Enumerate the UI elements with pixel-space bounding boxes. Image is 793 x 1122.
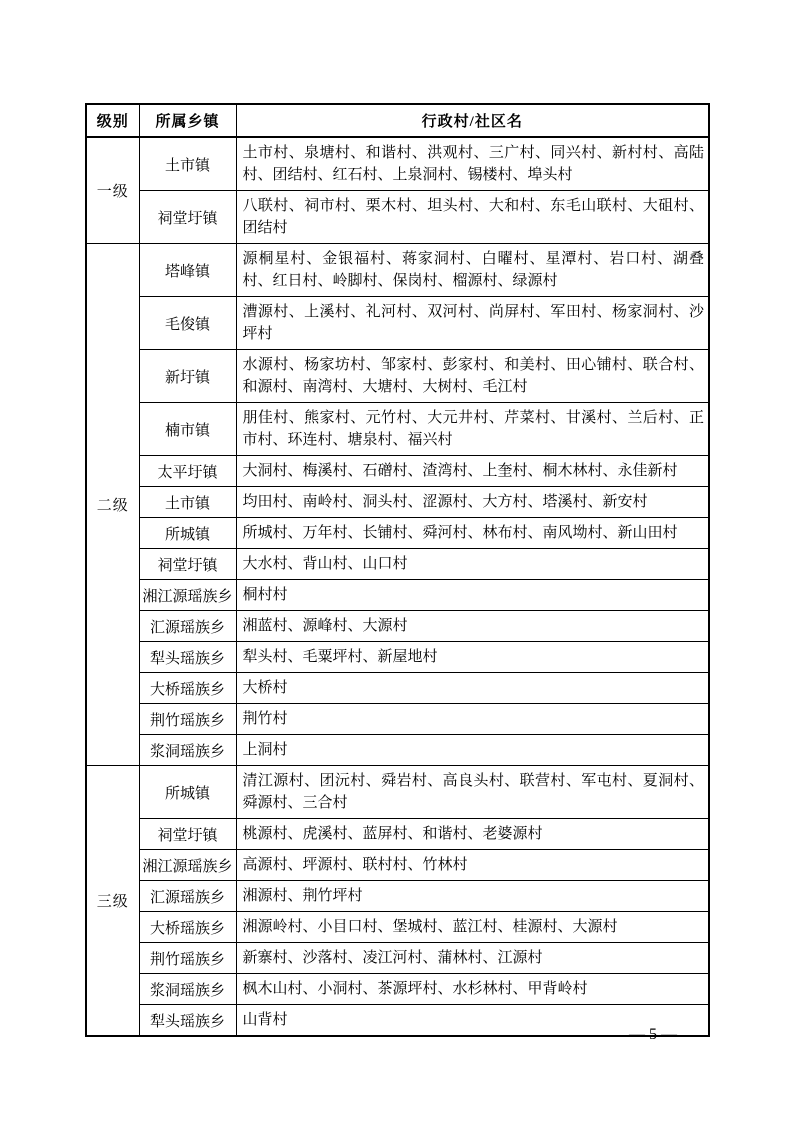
township-cell: 湘江源瑶族乡 <box>139 850 236 881</box>
township-cell: 大桥瑶族乡 <box>139 912 236 943</box>
villages-cell: 土市村、泉塘村、和谐村、洪观村、三广村、同兴村、新村村、高陆村、团结村、红石村、… <box>236 137 709 191</box>
table-row: 荆竹瑶族乡 新寨村、沙落村、凌江河村、蒲林村、江源村 <box>86 943 709 974</box>
table-row: 新圩镇 水源村、杨家坊村、邹家村、彭家村、和美村、田心铺村、联合村、和源村、南湾… <box>86 350 709 403</box>
villages-cell: 清江源村、团沅村、舜岩村、高良头村、联营村、军屯村、夏洞村、舜源村、三合村 <box>236 766 709 819</box>
township-cell: 荆竹瑶族乡 <box>139 943 236 974</box>
village-level-table: 级别 所属乡镇 行政村/社区名 一级 土市镇 土市村、泉塘村、和谐村、洪观村、三… <box>85 103 710 1037</box>
table-row: 土市镇 均田村、南岭村、洞头村、涩源村、大方村、塔溪村、新安村 <box>86 487 709 518</box>
villages-cell: 朋佳村、熊家村、元竹村、大元井村、芹菜村、甘溪村、兰后村、正市村、环连村、塘泉村… <box>236 403 709 456</box>
villages-cell: 水源村、杨家坊村、邹家村、彭家村、和美村、田心铺村、联合村、和源村、南湾村、大塘… <box>236 350 709 403</box>
villages-cell: 源桐星村、金银福村、蒋家洞村、白曜村、星潭村、岩口村、湖叠村、红日村、岭脚村、保… <box>236 244 709 297</box>
township-cell: 土市镇 <box>139 137 236 191</box>
table-row: 一级 土市镇 土市村、泉塘村、和谐村、洪观村、三广村、同兴村、新村村、高陆村、团… <box>86 137 709 191</box>
township-cell: 楠市镇 <box>139 403 236 456</box>
villages-cell: 湘源村、荆竹坪村 <box>236 881 709 912</box>
villages-cell: 所城村、万年村、长铺村、舜河村、林布村、南风坳村、新山田村 <box>236 518 709 549</box>
level-cell: 二级 <box>86 244 139 766</box>
villages-cell: 枫木山村、小洞村、茶源坪村、水杉林村、甲背岭村 <box>236 974 709 1005</box>
table-row: 浆洞瑶族乡 枫木山村、小洞村、茶源坪村、水杉林村、甲背岭村 <box>86 974 709 1005</box>
villages-cell: 八联村、祠市村、栗木村、坦头村、大和村、东毛山联村、大砠村、团结村 <box>236 191 709 244</box>
township-cell: 土市镇 <box>139 487 236 518</box>
township-cell: 所城镇 <box>139 518 236 549</box>
level-cell: 一级 <box>86 137 139 244</box>
level-cell: 三级 <box>86 766 139 1037</box>
township-cell: 浆洞瑶族乡 <box>139 735 236 766</box>
table-row: 大桥瑶族乡 大桥村 <box>86 673 709 704</box>
header-township: 所属乡镇 <box>139 104 236 137</box>
villages-cell: 桃源村、虎溪村、蓝屏村、和谐村、老婆源村 <box>236 819 709 850</box>
table-row: 所城镇 所城村、万年村、长铺村、舜河村、林布村、南风坳村、新山田村 <box>86 518 709 549</box>
township-cell: 新圩镇 <box>139 350 236 403</box>
villages-cell: 湘蓝村、源峰村、大源村 <box>236 611 709 642</box>
township-cell: 祠堂圩镇 <box>139 191 236 244</box>
township-cell: 荆竹瑶族乡 <box>139 704 236 735</box>
document-page: 级别 所属乡镇 行政村/社区名 一级 土市镇 土市村、泉塘村、和谐村、洪观村、三… <box>0 0 793 1122</box>
villages-cell: 大洞村、梅溪村、石磳村、渣湾村、上奎村、桐木林村、永佳新村 <box>236 456 709 487</box>
table-row: 犁头瑶族乡 犁头村、毛粟坪村、新屋地村 <box>86 642 709 673</box>
header-villages: 行政村/社区名 <box>236 104 709 137</box>
township-cell: 湘江源瑶族乡 <box>139 580 236 611</box>
villages-cell: 桐村村 <box>236 580 709 611</box>
table-row: 湘江源瑶族乡 桐村村 <box>86 580 709 611</box>
table-row: 汇源瑶族乡 湘蓝村、源峰村、大源村 <box>86 611 709 642</box>
township-cell: 犁头瑶族乡 <box>139 642 236 673</box>
township-cell: 浆洞瑶族乡 <box>139 974 236 1005</box>
villages-cell: 湘源岭村、小目口村、堡城村、蓝江村、桂源村、大源村 <box>236 912 709 943</box>
township-cell: 祠堂圩镇 <box>139 819 236 850</box>
table-row: 荆竹瑶族乡 荆竹村 <box>86 704 709 735</box>
table-row: 湘江源瑶族乡 高源村、坪源村、联村村、竹林村 <box>86 850 709 881</box>
township-cell: 犁头瑶族乡 <box>139 1005 236 1037</box>
villages-cell: 荆竹村 <box>236 704 709 735</box>
villages-cell: 新寨村、沙落村、凌江河村、蒲林村、江源村 <box>236 943 709 974</box>
table-row: 太平圩镇 大洞村、梅溪村、石磳村、渣湾村、上奎村、桐木林村、永佳新村 <box>86 456 709 487</box>
table-row: 汇源瑶族乡 湘源村、荆竹坪村 <box>86 881 709 912</box>
table-row: 祠堂圩镇 八联村、祠市村、栗木村、坦头村、大和村、东毛山联村、大砠村、团结村 <box>86 191 709 244</box>
table-header-row: 级别 所属乡镇 行政村/社区名 <box>86 104 709 137</box>
page-number: — 5 — <box>608 1026 698 1044</box>
villages-cell: 犁头村、毛粟坪村、新屋地村 <box>236 642 709 673</box>
township-cell: 毛俊镇 <box>139 297 236 350</box>
villages-cell: 高源村、坪源村、联村村、竹林村 <box>236 850 709 881</box>
table-row: 祠堂圩镇 大水村、背山村、山口村 <box>86 549 709 580</box>
villages-cell: 均田村、南岭村、洞头村、涩源村、大方村、塔溪村、新安村 <box>236 487 709 518</box>
table-row: 三级 所城镇 清江源村、团沅村、舜岩村、高良头村、联营村、军屯村、夏洞村、舜源村… <box>86 766 709 819</box>
table-row: 楠市镇 朋佳村、熊家村、元竹村、大元井村、芹菜村、甘溪村、兰后村、正市村、环连村… <box>86 403 709 456</box>
villages-cell: 漕源村、上溪村、礼河村、双河村、尚屏村、军田村、杨家洞村、沙坪村 <box>236 297 709 350</box>
township-cell: 汇源瑶族乡 <box>139 611 236 642</box>
township-cell: 汇源瑶族乡 <box>139 881 236 912</box>
township-cell: 祠堂圩镇 <box>139 549 236 580</box>
township-cell: 太平圩镇 <box>139 456 236 487</box>
header-level: 级别 <box>86 104 139 137</box>
table-row: 毛俊镇 漕源村、上溪村、礼河村、双河村、尚屏村、军田村、杨家洞村、沙坪村 <box>86 297 709 350</box>
township-cell: 大桥瑶族乡 <box>139 673 236 704</box>
township-cell: 所城镇 <box>139 766 236 819</box>
table-row: 浆洞瑶族乡 上洞村 <box>86 735 709 766</box>
township-cell: 塔峰镇 <box>139 244 236 297</box>
table-row: 大桥瑶族乡 湘源岭村、小目口村、堡城村、蓝江村、桂源村、大源村 <box>86 912 709 943</box>
villages-cell: 上洞村 <box>236 735 709 766</box>
table-row: 祠堂圩镇 桃源村、虎溪村、蓝屏村、和谐村、老婆源村 <box>86 819 709 850</box>
table-row: 二级 塔峰镇 源桐星村、金银福村、蒋家洞村、白曜村、星潭村、岩口村、湖叠村、红日… <box>86 244 709 297</box>
villages-cell: 大水村、背山村、山口村 <box>236 549 709 580</box>
villages-cell: 大桥村 <box>236 673 709 704</box>
